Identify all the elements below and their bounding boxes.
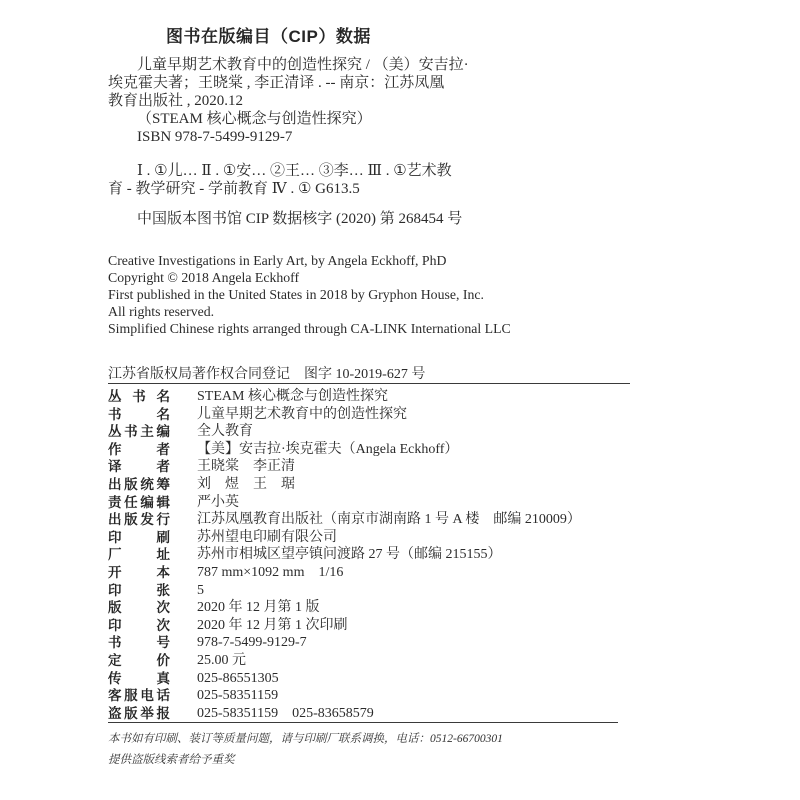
colophon-row: 书号978-7-5499-9129-7 — [108, 634, 668, 652]
colophon-row-label: 责任编辑 — [108, 494, 170, 512]
colophon-row-label: 印次 — [108, 617, 170, 635]
colophon-row-label: 出版统筹 — [108, 476, 170, 494]
colophon-row-value: STEAM 核心概念与创造性探究 — [197, 389, 388, 404]
colophon-row-label: 印张 — [108, 582, 170, 600]
colophon-row: 出版统筹刘 煜 王 琚 — [108, 476, 668, 494]
colophon-row-value: 王晓棠 李正清 — [197, 459, 295, 474]
cip-registry-line: 中国版本图书馆 CIP 数据核字 (2020) 第 268454 号 — [108, 210, 588, 228]
colophon-row: 丛书名STEAM 核心概念与创造性探究 — [108, 388, 668, 406]
colophon-row: 传真025-86551305 — [108, 670, 668, 688]
quality-notice-block: 本书如有印刷、装订等质量问题，请与印刷厂联系调换，电话：0512-6670030… — [108, 729, 668, 771]
colophon-row-label: 版次 — [108, 599, 170, 617]
cip-classification-line: 育 - 教学研究 - 学前教育 Ⅳ . ① G613.5 — [108, 180, 588, 198]
colophon-row-label: 丛书名 — [108, 388, 170, 406]
colophon-row-value: 25.00 元 — [197, 653, 246, 668]
colophon-row: 定价25.00 元 — [108, 652, 668, 670]
colophon-table: 丛书名STEAM 核心概念与创造性探究 书名儿童早期艺术教育中的创造性探究 丛书… — [108, 388, 668, 722]
footer-note-line: 本书如有印刷、装订等质量问题，请与印刷厂联系调换，电话：0512-6670030… — [108, 729, 668, 750]
cip-record-block: 儿童早期艺术教育中的创造性探究 / （美）安吉拉· 埃克霍夫著；王晓棠 , 李正… — [108, 56, 588, 228]
colophon-row-value: 江苏凤凰教育出版社（南京市湖南路 1 号 A 楼 邮编 210009） — [197, 512, 581, 527]
colophon-row: 版次2020 年 12 月第 1 版 — [108, 599, 668, 617]
cip-record-line: 埃克霍夫著；王晓棠 , 李正清译 . -- 南京：江苏凤凰 — [108, 74, 588, 92]
colophon-row-label: 客服电话 — [108, 687, 170, 705]
footer-note-line: 提供盗版线索者给予重奖 — [108, 750, 668, 771]
colophon-row-value: 2020 年 12 月第 1 次印刷 — [197, 618, 348, 633]
colophon-row-value: 【美】安吉拉·埃克霍夫（Angela Eckhoff） — [197, 442, 458, 457]
colophon-row-value: 苏州望电印刷有限公司 — [197, 530, 337, 545]
english-copyright-block: Creative Investigations in Early Art, by… — [108, 252, 628, 337]
colophon-row: 盗版举报025-58351159 025-83658579 — [108, 705, 668, 723]
cip-classification-line: Ⅰ . ①儿… Ⅱ . ①安… ②王… ③李… Ⅲ . ①艺术教 — [108, 162, 588, 180]
colophon-row-label: 开本 — [108, 564, 170, 582]
colophon-row-value: 787 mm×1092 mm 1/16 — [197, 565, 343, 580]
colophon-row: 印刷苏州望电印刷有限公司 — [108, 529, 668, 547]
colophon-row-label: 定价 — [108, 652, 170, 670]
colophon-row-label: 作者 — [108, 441, 170, 459]
colophon-row-label: 厂址 — [108, 546, 170, 564]
divider-bottom — [108, 722, 618, 723]
divider-top — [108, 383, 630, 384]
colophon-row-value: 苏州市相城区望亭镇问渡路 27 号（邮编 215155） — [197, 547, 502, 562]
copyright-line: First published in the United States in … — [108, 286, 628, 303]
cip-series-note: （STEAM 核心概念与创造性探究） — [108, 110, 588, 128]
colophon-row: 丛书主编全人教育 — [108, 423, 668, 441]
colophon-row-value: 2020 年 12 月第 1 版 — [197, 600, 320, 615]
colophon-row-value: 025-58351159 — [197, 688, 278, 703]
colophon-row: 出版发行江苏凤凰教育出版社（南京市湖南路 1 号 A 楼 邮编 210009） — [108, 511, 668, 529]
colophon-row-label: 译者 — [108, 458, 170, 476]
cip-isbn-line: ISBN 978-7-5499-9129-7 — [108, 128, 588, 146]
colophon-row: 印张5 — [108, 582, 668, 600]
colophon-row: 书名儿童早期艺术教育中的创造性探究 — [108, 406, 668, 424]
colophon-row-value: 5 — [197, 583, 204, 598]
copyright-line: All rights reserved. — [108, 303, 628, 320]
colophon-row-value: 025-86551305 — [197, 671, 279, 686]
colophon-row: 开本787 mm×1092 mm 1/16 — [108, 564, 668, 582]
copyright-line: Simplified Chinese rights arranged throu… — [108, 320, 628, 337]
copyright-line: Copyright © 2018 Angela Eckhoff — [108, 269, 628, 286]
colophon-row-value: 025-58351159 025-83658579 — [197, 706, 374, 721]
copyright-page: 图书在版编目（CIP）数据 儿童早期艺术教育中的创造性探究 / （美）安吉拉· … — [0, 0, 800, 800]
copyright-line: Creative Investigations in Early Art, by… — [108, 252, 628, 269]
colophon-row-label: 印刷 — [108, 529, 170, 547]
colophon-row-label: 书号 — [108, 634, 170, 652]
license-registration-line: 江苏省版权局著作权合同登记 图字 10-2019-627 号 — [108, 363, 425, 383]
colophon-row: 客服电话025-58351159 — [108, 687, 668, 705]
cip-section-title: 图书在版编目（CIP）数据 — [166, 22, 371, 47]
colophon-row-value: 全人教育 — [197, 424, 253, 439]
cip-record-line: 教育出版社 , 2020.12 — [108, 92, 588, 110]
colophon-row-label: 丛书主编 — [108, 423, 170, 441]
colophon-row-value: 儿童早期艺术教育中的创造性探究 — [197, 407, 407, 422]
colophon-row: 厂址苏州市相城区望亭镇问渡路 27 号（邮编 215155） — [108, 546, 668, 564]
colophon-row: 译者王晓棠 李正清 — [108, 458, 668, 476]
colophon-row-value: 978-7-5499-9129-7 — [197, 635, 307, 650]
colophon-row: 作者【美】安吉拉·埃克霍夫（Angela Eckhoff） — [108, 441, 668, 459]
colophon-row-label: 书名 — [108, 406, 170, 424]
colophon-row-label: 出版发行 — [108, 511, 170, 529]
colophon-row-label: 传真 — [108, 670, 170, 688]
cip-record-line: 儿童早期艺术教育中的创造性探究 / （美）安吉拉· — [108, 56, 588, 74]
colophon-row-label: 盗版举报 — [108, 705, 170, 723]
colophon-row-value: 刘 煜 王 琚 — [197, 477, 295, 492]
colophon-row: 责任编辑严小英 — [108, 494, 668, 512]
colophon-row: 印次2020 年 12 月第 1 次印刷 — [108, 617, 668, 635]
colophon-row-value: 严小英 — [197, 495, 239, 510]
